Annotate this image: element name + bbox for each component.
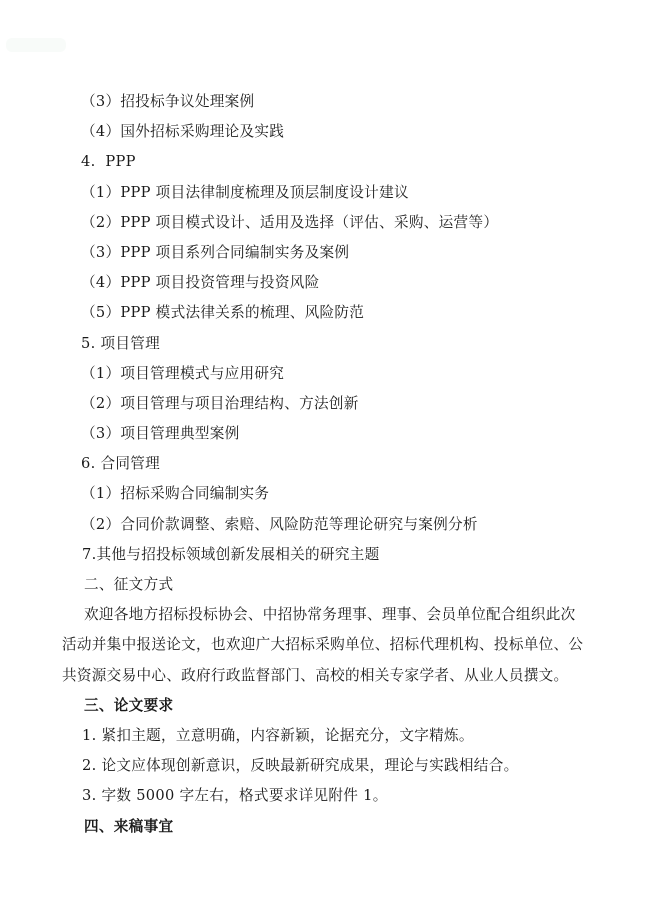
topic-sub-item: （4）国外招标采购理论及实践 [62,117,576,147]
section-heading-submission-matters: 四、来稿事宜 [62,812,576,842]
topic-sub-item: （3）招投标争议处理案例 [62,87,576,117]
topic-numbered-item: 5. 项目管理 [62,329,576,359]
section-heading-paper-requirements: 三、论文要求 [62,691,576,721]
paragraph-text: 活动并集中报送论文，也欢迎广大招标采购单位、招标代理机构、投标单位、公 [62,630,572,660]
requirement-item: 3. 字数 5000 字左右，格式要求详见附件 1。 [62,781,576,811]
paragraph-text: 欢迎各地方招标投标协会、中招协常务理事、理事、会员单位配合组织此次 [84,600,572,630]
topic-numbered-item: 4. PPP [62,147,576,177]
paragraph-line: 共资源交易中心、政府行政监督部门、高校的相关专家学者、从业人员撰文。 [62,661,576,691]
topic-sub-item: （5）PPP 模式法律关系的梳理、风险防范 [62,298,576,328]
section-heading-submission-method: 二、征文方式 [62,570,576,600]
topic-sub-item: （3）项目管理典型案例 [62,419,576,449]
topic-numbered-item: 7.其他与招投标领域创新发展相关的研究主题 [62,540,576,570]
topic-sub-item: （2）合同价款调整、索赔、风险防范等理论研究与案例分析 [62,510,576,540]
topic-sub-item: （3）PPP 项目系列合同编制实务及案例 [62,238,576,268]
document-body: （3）招投标争议处理案例 （4）国外招标采购理论及实践 4. PPP （1）PP… [62,87,576,842]
topic-sub-item: （1）PPP 项目法律制度梳理及顶层制度设计建议 [62,178,576,208]
topic-sub-item: （1）项目管理模式与应用研究 [62,359,576,389]
scan-artifact [6,38,66,52]
paragraph-line: 欢迎各地方招标投标协会、中招协常务理事、理事、会员单位配合组织此次 [62,600,576,630]
requirement-item: 2. 论文应体现创新意识，反映最新研究成果，理论与实践相结合。 [62,751,576,781]
topic-sub-item: （2）PPP 项目模式设计、适用及选择（评估、采购、运营等） [62,208,576,238]
requirement-item: 1. 紧扣主题，立意明确，内容新颖，论据充分，文字精炼。 [62,721,576,751]
topic-sub-item: （2）项目管理与项目治理结构、方法创新 [62,389,576,419]
document-page: （3）招投标争议处理案例 （4）国外招标采购理论及实践 4. PPP （1）PP… [0,0,650,924]
paragraph-text: 共资源交易中心、政府行政监督部门、高校的相关专家学者、从业人员撰文。 [62,667,568,684]
paragraph-line: 活动并集中报送论文，也欢迎广大招标采购单位、招标代理机构、投标单位、公 [62,630,576,660]
topic-sub-item: （1）招标采购合同编制实务 [62,479,576,509]
topic-numbered-item: 6. 合同管理 [62,449,576,479]
topic-sub-item: （4）PPP 项目投资管理与投资风险 [62,268,576,298]
